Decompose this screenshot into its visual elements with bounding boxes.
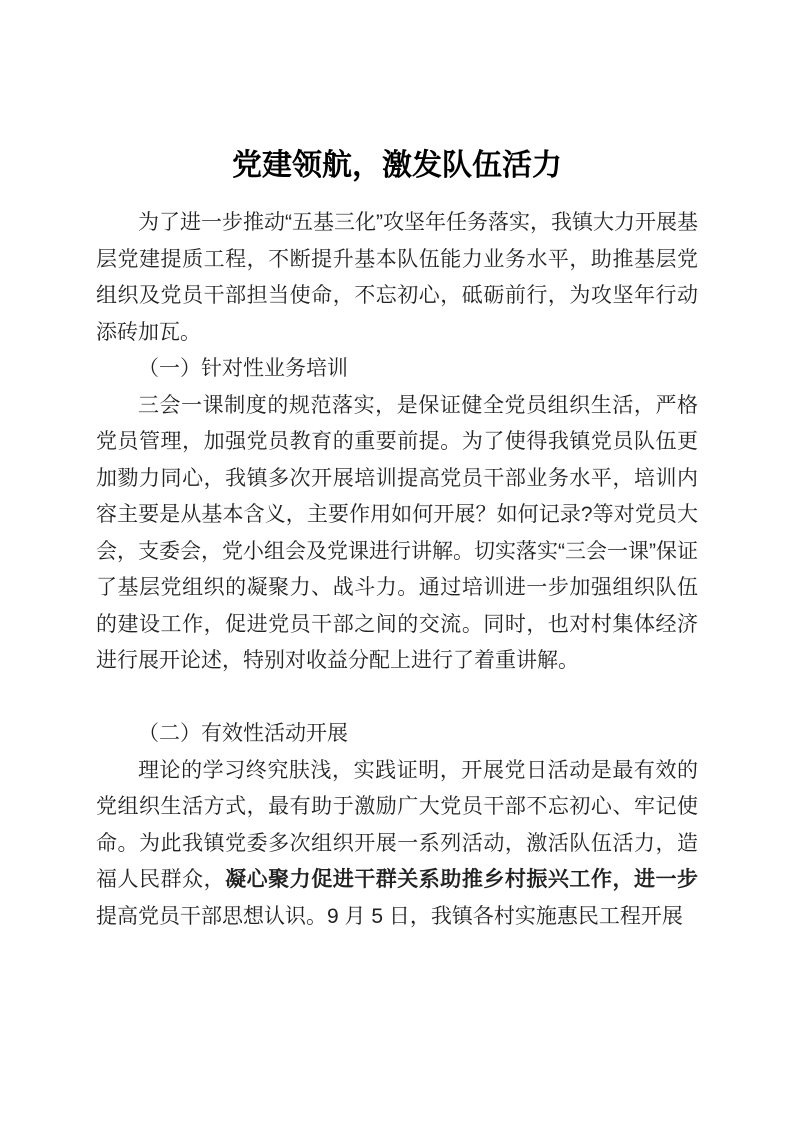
section-heading-2: （二）有效性活动开展	[96, 716, 698, 753]
section-2-text-normal-end: 提高党员干部思想认识。9 月 5 日，我镇各村实施惠民工程开展	[96, 905, 683, 928]
document-title: 党建领航，激发队伍活力	[96, 146, 698, 186]
document-page: 党建领航，激发队伍活力 为了进一步推动“五基三化”攻坚年任务落实，我镇大力开展基…	[0, 0, 794, 1122]
section-heading-1: （一）针对性业务培训	[96, 351, 698, 388]
empty-paragraph-line	[96, 680, 698, 717]
section-1-paragraph: 三会一课制度的规范落实，是保证健全党员组织生活，严格党员管理，加强党员教育的重要…	[96, 388, 698, 680]
section-2-text-bold: 凝心聚力促进干群关系助推乡村振兴工作，进一步	[225, 868, 698, 891]
intro-paragraph: 为了进一步推动“五基三化”攻坚年任务落实，我镇大力开展基层党建提质工程，不断提升…	[96, 205, 698, 351]
section-2-paragraph: 理论的学习终究肤浅，实践证明，开展党日活动是最有效的党组织生活方式，最有助于激励…	[96, 753, 698, 936]
